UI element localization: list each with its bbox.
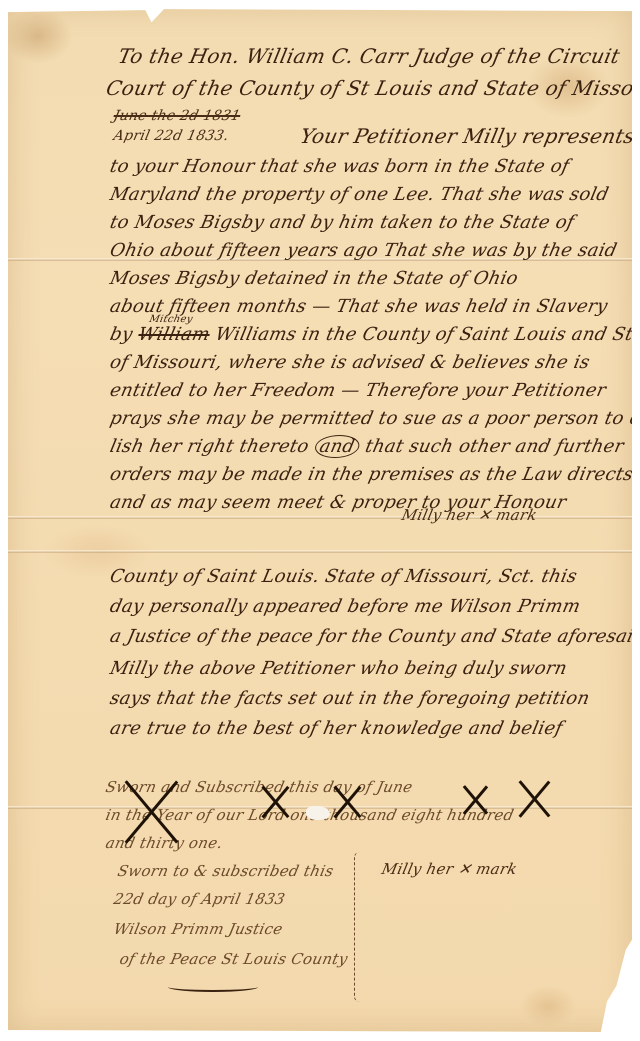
line-text: by — [108, 324, 135, 345]
cross-out-mark — [244, 782, 304, 822]
petition-line: to Moses Bigsby and by him taken to the … — [108, 212, 576, 233]
line-text: that such other and further — [363, 436, 625, 457]
line-text: lish her right thereto — [108, 436, 311, 457]
justice-signature: Wilson Primm Justice — [112, 920, 284, 938]
petition-line: prays she may be permitted to sue as a p… — [108, 408, 640, 429]
brace-mark — [354, 852, 365, 1002]
cross-out-mark — [120, 772, 180, 852]
petition-line: of Missouri, where she is advised & beli… — [108, 352, 592, 373]
struck-date: June the 2d 1831 — [112, 108, 242, 124]
cross-out-mark — [508, 776, 558, 822]
affidavit-line: County of Saint Louis. State of Missouri… — [108, 566, 579, 587]
petition-line: lish her right thereto and that such oth… — [108, 436, 626, 457]
petitioner-signature-mark: Milly her ✕ mark — [400, 506, 539, 524]
line-text: Williams in the County of Saint Louis an… — [213, 324, 640, 345]
manuscript-page: To the Hon. William C. Carr Judge of the… — [8, 6, 632, 1032]
jurat-line: Sworn to & subscribed this — [116, 862, 335, 880]
petition-opening: Your Petitioner Milly represents — [298, 124, 637, 148]
circled-word: and — [312, 435, 362, 458]
inserted-word: Mitchey — [148, 314, 194, 325]
fold-line — [8, 550, 632, 553]
petition-line: Maryland the property of one Lee. That s… — [108, 184, 611, 205]
paper-tear — [306, 806, 330, 820]
fold-line — [8, 516, 632, 519]
affidavit-line: a Justice of the peace for the County an… — [108, 626, 640, 647]
affidavit-line: are true to the best of her knowledge an… — [108, 718, 565, 739]
petition-line: by William Mitchey Williams in the Count… — [108, 324, 640, 345]
petition-line: to your Honour that she was born in the … — [108, 156, 571, 177]
address-line: To the Hon. William C. Carr Judge of the… — [116, 44, 622, 68]
petition-line: entitled to her Freedom — Therefore your… — [108, 380, 608, 401]
date-note: April 22d 1833. — [112, 128, 230, 144]
affiant-signature-mark: Milly her ✕ mark — [380, 860, 519, 878]
cross-out-mark — [326, 782, 366, 822]
justice-title: of the Peace St Louis County — [118, 950, 350, 968]
affidavit-line: Milly the above Petitioner who being dul… — [108, 658, 569, 679]
petition-line: Ohio about fifteen years ago That she wa… — [108, 240, 619, 261]
jurat-line: 22d day of April 1833 — [112, 890, 287, 908]
petition-line: Moses Bigsby detained in the State of Oh… — [108, 268, 520, 289]
affidavit-line: day personally appeared before me Wilson… — [108, 596, 582, 617]
address-line: Court of the County of St Louis and Stat… — [104, 76, 640, 100]
petition-line: orders may be made in the premises as th… — [108, 464, 635, 485]
cross-out-mark — [452, 782, 496, 818]
signature-flourish — [168, 982, 258, 992]
affidavit-line: says that the facts set out in the foreg… — [108, 688, 592, 709]
struck-word: William — [136, 324, 212, 345]
